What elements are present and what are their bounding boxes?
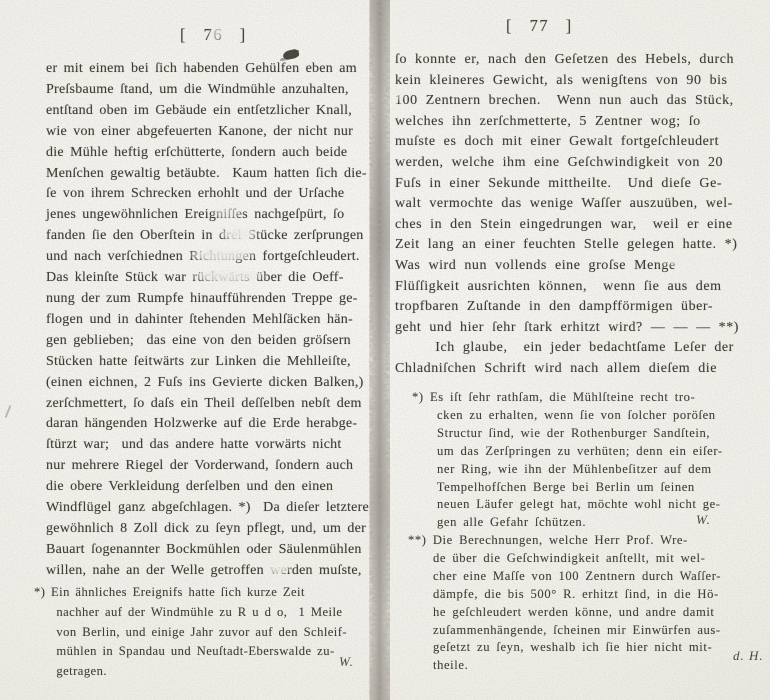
book-scan: { "appearance": { "paper_color": "#f2f0e…: [0, 0, 770, 700]
left-page-footnote: *) Ein ähnliches Ereignifs hatte ſich ku…: [34, 583, 347, 682]
book-gutter: [370, 0, 390, 700]
left-footnote-signature: W.: [339, 654, 354, 670]
left-page-body-text: er mit einem bei ſich habenden Gehülfen …: [46, 59, 369, 582]
page-number-left: [ 76 ]: [180, 25, 247, 45]
right-footnote-1-signature: W.: [696, 512, 711, 528]
page-number-right: [ 77 ]: [506, 16, 573, 36]
right-page-body-text: ſo konnte er, nach den Geſetzen des Hebe…: [395, 50, 739, 380]
right-page-footnote-1: *) Es iſt ſehr rathſam, die Mühlſteine r…: [412, 389, 723, 532]
right-footnote-2-signature: d. H.: [733, 648, 764, 664]
right-page-footnote-2: **) Die Berechnungen, welche Herr Prof. …: [408, 532, 721, 675]
margin-pen-mark: [5, 405, 12, 418]
gutter-shading: [370, 0, 390, 700]
